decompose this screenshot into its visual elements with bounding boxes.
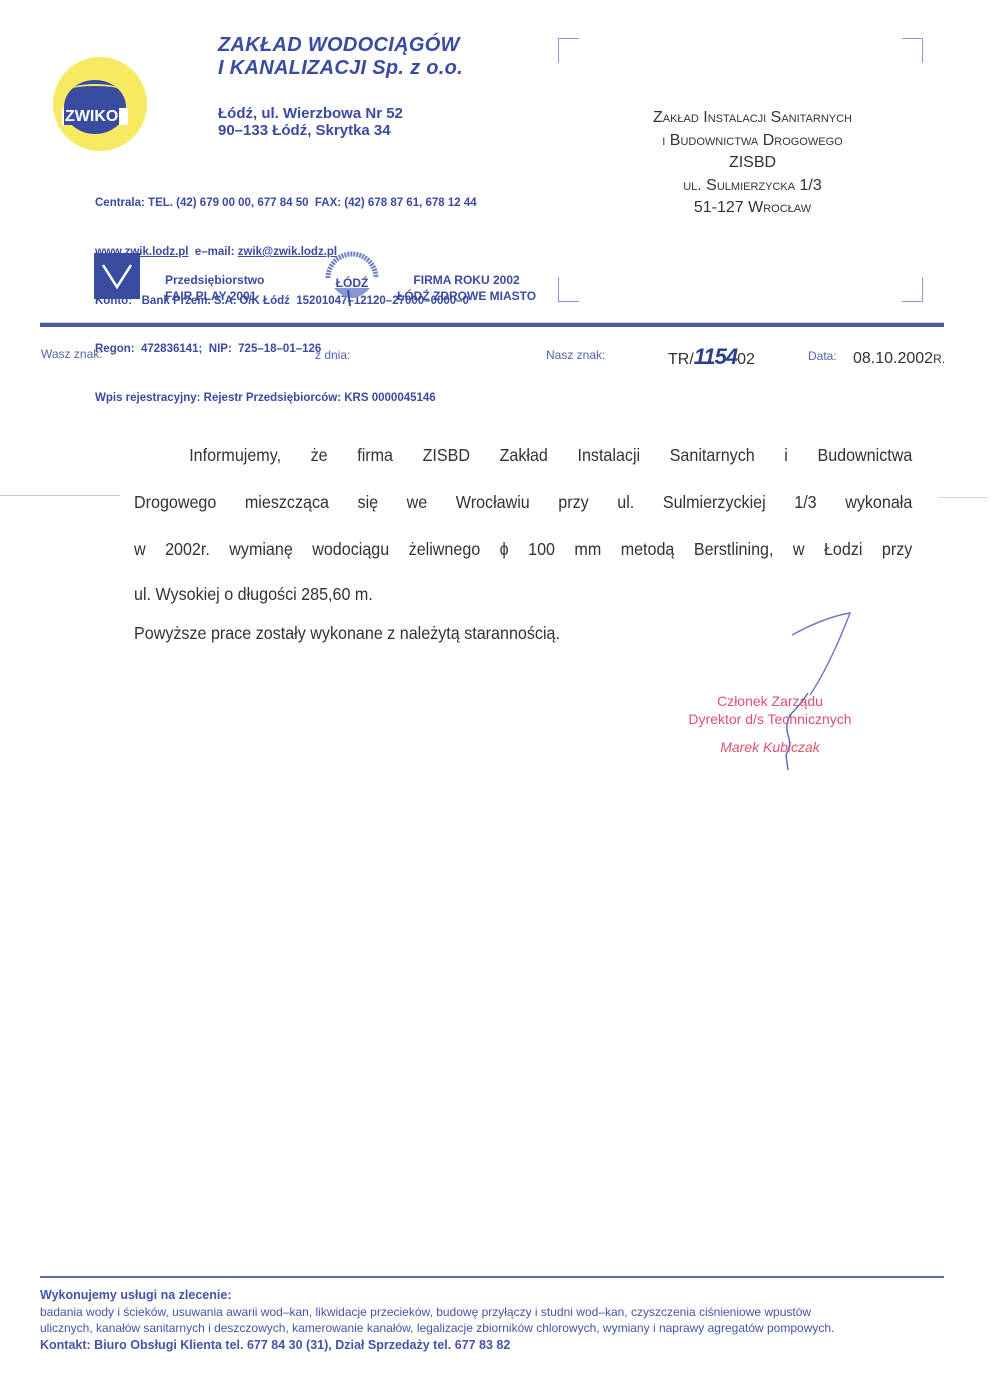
footer-services: Wykonujemy usługi na zlecenie: badania w… [40,1287,960,1353]
body-line: w 2002r. wymianę wodociągu żeliwnego ϕ 1… [134,526,912,573]
signature-stamp: Członek Zarządu Dyrektor d/s Technicznyc… [660,692,880,756]
nasz-znak-prefix: TR/ [668,351,694,368]
header-divider [40,322,944,327]
letter-body: Informujemy, że firma ZISBD Zakład Insta… [134,432,850,666]
company-address-line1: Łódź, ul. Wierzbowa Nr 52 [218,105,403,122]
recipient-line1: Zakład Instalacji Sanitarnych [580,107,925,130]
nasz-znak-number: 1154 [694,344,737,369]
firma-line2: ŁÓDŹ ZDROWE MIASTO [397,288,536,304]
svg-text:ŁÓDŹ: ŁÓDŹ [336,275,369,290]
recipient-line5: 51-127 Wrocław [580,197,925,220]
fair-play-line1: Przedsiębiorstwo [165,272,264,288]
address-window-corner [902,277,923,302]
wasz-znak-label: Wasz znak: [41,347,103,361]
footer-heading: Wykonujemy usługi na zlecenie: [40,1287,960,1304]
contact-regon: Regon: 472836141; NIP: 725–18–01–126 [95,341,477,357]
z-dnia-label: z dnia: [315,348,350,362]
contact-centrala: Centrala: TEL. (42) 679 00 00, 677 84 50… [95,195,477,211]
letter-date: 08.10.2002R. [853,350,945,368]
contact-web-email: www.zwik.lodz.pl e–mail: zwik@zwik.lodz.… [95,244,477,260]
zwik-logo-text: ZWIKO [62,108,128,125]
company-name: ZAKŁAD WODOCIĄGÓW I KANALIZACJI Sp. z o.… [218,34,463,80]
scan-artifact-line [938,497,988,498]
contact-wpis: Wpis rejestracyjny: Rejestr Przedsiębior… [95,390,477,406]
data-label: Data: [808,349,837,363]
company-name-line1: ZAKŁAD WODOCIĄGÓW [218,34,463,57]
zwik-logo-globe [64,80,126,134]
company-name-line2: I KANALIZACJI Sp. z o.o. [218,57,463,80]
company-address-line2: 90–133 Łódź, Skrytka 34 [218,122,403,139]
nasz-znak-label: Nasz znak: [546,348,605,362]
company-address: Łódź, ul. Wierzbowa Nr 52 90–133 Łódź, S… [218,105,403,139]
fair-play-line2: FAIR PLAY 2001 [165,288,264,304]
footer-divider [40,1276,944,1278]
fair-play-award: Przedsiębiorstwo FAIR PLAY 2001 [165,272,264,304]
footer-services-line1: badania wody i ścieków, usuwania awarii … [40,1304,960,1321]
nasz-znak-suffix: 02 [737,351,755,368]
recipient-line4: ul. Sulmierzycka 1/3 [580,175,925,198]
body-line: Drogowego mieszcząca się we Wrocławiu pr… [134,479,912,526]
email-label: e–mail: [189,246,238,258]
stamp-title-line1: Członek Zarządu [660,692,880,710]
fair-play-v-icon [94,253,140,299]
recipient-address: Zakład Instalacji Sanitarnych i Budownic… [580,107,925,220]
logo-label: ZWIKO [64,108,119,125]
recipient-line2: i Budownictwa Drogowego [580,130,925,153]
recipient-line3: ZISBD [580,152,925,175]
date-value: 08.10.2002 [853,350,933,367]
lodz-healthy-city-emblem-icon: ŁÓDŹ [320,250,384,308]
address-window-corner [558,277,579,302]
stamp-title-line2: Dyrektor d/s Technicznych [660,710,880,728]
signatory-name: Marek Kubiczak [660,738,880,756]
firma-roku-award: FIRMA ROKU 2002 ŁÓDŹ ZDROWE MIASTO [397,272,536,304]
body-line: Informujemy, że firma ZISBD Zakład Insta… [134,432,912,479]
date-suffix: R. [933,352,945,366]
scan-artifact-line [0,495,120,496]
firma-line1: FIRMA ROKU 2002 [397,272,536,288]
nasz-znak-value: TR/115402 [668,344,755,370]
footer-contact: Kontakt: Biuro Obsługi Klienta tel. 677 … [40,1337,960,1354]
address-window-corner [558,38,579,63]
address-window-corner [902,38,923,63]
footer-services-line2: ulicznych, kanałów sanitarnych i deszczo… [40,1320,960,1337]
